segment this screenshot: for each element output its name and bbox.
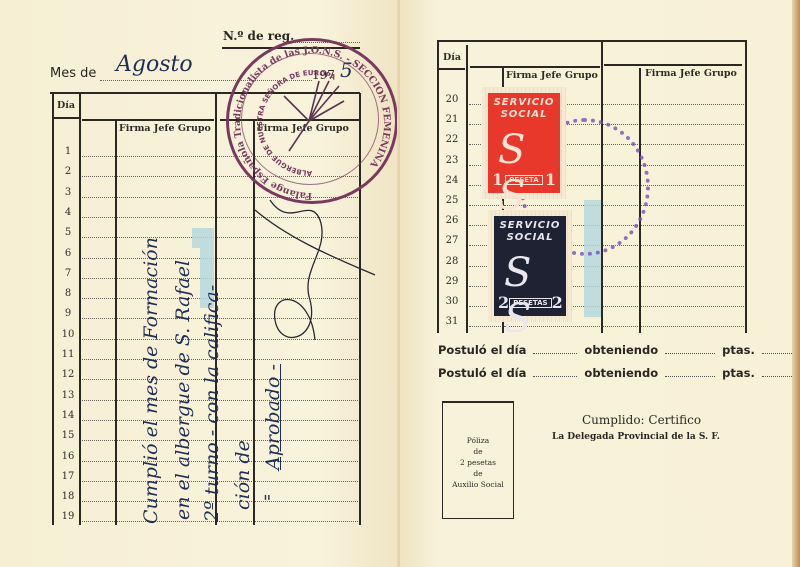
r-day-underline [438,68,465,70]
right-table-top [437,40,746,42]
handwritten-approved: Aprobado - [262,364,284,470]
day-number: 27 [437,235,467,246]
signature-line [117,481,214,482]
day-number: 2 [53,166,83,177]
month-label: Mes de [50,66,96,81]
signature-line [117,339,214,340]
postulo-2-label: Postuló el día [438,366,526,380]
poliza-line: Auxilio Social [443,479,513,490]
signature-line [82,440,115,441]
signature-line [82,237,115,238]
day-number: 8 [53,288,83,299]
signature-line [603,104,638,105]
signature-scribble [250,190,380,360]
signature-line [117,379,214,380]
day-number: 26 [437,215,467,226]
signature-line [641,124,744,125]
day-number: 1 [53,146,83,157]
signature-line [117,521,214,522]
stamp-1-value-right: 1 [545,170,556,189]
stamp-1-unit: PESETA [505,175,542,185]
stamp-2-value-right: 2 [552,293,563,312]
day-number: 28 [437,256,467,267]
signature-line [117,420,214,421]
postulo-2-ptas: ptas. [722,366,755,380]
signature-line [82,258,115,259]
day-number: 10 [53,329,83,340]
revenue-stamp-1-peseta: SERVICIO SOCIAL S S 1 PESETA 1 [482,87,566,199]
day-number: 12 [53,369,83,380]
certificate-subtitle: La Delegada Provincial de la S. F. [552,432,720,442]
signature-line [217,217,252,218]
signature-line [641,245,744,246]
signature-line [82,298,115,299]
r-group1-line [470,66,600,68]
postulo-1-label: Postuló el día [438,343,526,357]
signature-line [82,197,115,198]
day-header-underline [53,117,79,119]
day-number: 11 [53,349,83,360]
day-number: 18 [53,491,83,502]
signature-line [641,165,744,166]
certificate-title: Cumplido: Certifico [582,413,701,427]
signature-line [82,420,115,421]
poliza-line: de [443,446,513,457]
seal-text: Falange Española Tradicionalista de las … [229,41,395,201]
poliza-line: de [443,468,513,479]
signature-line [641,266,744,267]
day-number: 6 [53,248,83,259]
signature-line [217,278,252,279]
day-number: 13 [53,390,83,401]
blue-ink-mark-2 [192,228,200,248]
r-day-divider [466,45,468,333]
day-number: 7 [53,268,83,279]
poliza-top [443,401,513,403]
signature-line [469,326,501,327]
poliza-line: Póliza [443,435,513,446]
left-page: N.º de reg. Mes de Agosto 197 5 Día Firm… [0,0,400,567]
signature-line [82,521,115,522]
postulo-2-mid: obteniendo [584,366,658,380]
day-number: 4 [53,207,83,218]
signature-line [82,359,115,360]
poliza-bottom [443,518,513,520]
signature-line [117,318,214,319]
r-right-border [745,40,747,333]
stamp-2-value-left: 2 [498,293,509,312]
signature-line [82,176,115,177]
signature-line [641,185,744,186]
postulo-1-ptas: ptas. [722,343,755,357]
stamp-2-title-2: SOCIAL [494,232,566,244]
day-number: 24 [437,175,467,186]
poliza-text: Pólizade2 pesetasdeAuxilio Social [443,435,513,490]
signature-line [82,501,115,502]
day-number: 16 [53,451,83,462]
signature-line [82,278,115,279]
signature-line [603,326,638,327]
day-number: 30 [437,296,467,307]
day-number: 25 [437,195,467,206]
right-day-column-header: Día [443,52,461,63]
day-number: 14 [53,410,83,421]
signature-line [641,144,744,145]
revenue-stamp-2-pesetas: SERVICIO SOCIAL S S 2 PESETAS 2 [488,210,572,322]
signature-line [117,461,214,462]
signature-line [641,326,744,327]
signature-line [82,156,115,157]
signature-line [117,501,214,502]
r-group2-line [604,64,742,66]
postulo-row-2: Postuló el día obteniendo ptas. cts. [438,366,800,380]
month-handwritten: Agosto [116,52,193,77]
signature-line [217,237,252,238]
booklet-spread: N.º de reg. Mes de Agosto 197 5 Día Firm… [0,0,800,567]
day-number: 20 [437,94,467,105]
right-signature-header-2: Firma Jefe Grupo [645,68,737,79]
postulo-1-mid: obteniendo [584,343,658,357]
day-number: 22 [437,134,467,145]
signature-line [82,379,115,380]
day-number: 29 [437,276,467,287]
postulo-2-amount-field [665,376,715,377]
sig-col-divider-1 [115,120,117,525]
signature-line [82,217,115,218]
day-number: 19 [53,511,83,522]
day-number: 23 [437,155,467,166]
stamp-1-title-2: SOCIAL [488,109,560,121]
day-number: 31 [437,316,467,327]
signature-line [641,104,744,105]
postulo-row-1: Postuló el día obteniendo ptas. cts. [438,343,800,357]
group1-header-line [82,119,214,121]
day-number: 3 [53,187,83,198]
signature-line [82,400,115,401]
stamp-2-title-1: SERVICIO [494,220,566,232]
stamp-1-value-left: 1 [492,170,503,189]
right-signature-header-1: Firma Jefe Grupo [506,70,598,81]
signature-line [82,461,115,462]
signature-line [641,225,744,226]
signature-line [82,481,115,482]
postulo-1-amount-field [665,353,715,354]
day-number: 17 [53,471,83,482]
handwritten-line-3: 2º turno - con la califica- [201,285,223,522]
postulo-2-day-field [533,376,577,377]
signature-line [603,286,638,287]
handwritten-line-4: ción de [232,440,254,510]
signature-line [117,400,214,401]
stamp-1-title-1: SERVICIO [488,97,560,109]
seccion-femenina-seal: Falange Española Tradicionalista de las … [226,38,398,204]
signature-line [603,266,638,267]
signature-line [117,440,214,441]
page-edge [792,0,800,567]
handwritten-line-2: en el albergue de S. Rafael [172,260,194,520]
day-number: 5 [53,227,83,238]
signature-line [641,306,744,307]
handwritten-line-1: Cumplió el mes de Formación [140,237,162,524]
poliza-box: Pólizade2 pesetasdeAuxilio Social [442,401,514,519]
signature-line [255,481,358,482]
day-number: 9 [53,308,83,319]
signature-line [117,197,214,198]
poliza-line: 2 pesetas [443,457,513,468]
signature-line [469,205,501,206]
signature-line [117,217,214,218]
signature-line [217,258,252,259]
day-number: 21 [437,114,467,125]
postulo-1-day-field [533,353,577,354]
signature-line [82,339,115,340]
signature-line [641,286,744,287]
signature-line [82,318,115,319]
signature-line [255,521,358,522]
svg-text:ALBERGUE DE NUESTRA SEÑORA DE: ALBERGUE DE NUESTRA SEÑORA DE EUROPA [256,69,337,177]
day-column-header: Día [57,100,75,111]
ditto-mark: " [263,492,271,513]
signature-line [117,156,214,157]
day-number: 15 [53,430,83,441]
signature-line [117,176,214,177]
signature-line [117,359,214,360]
signature-line [641,205,744,206]
right-page: Día Firma Jefe Grupo Firma Jefe Grupo 20… [400,0,792,567]
r-left-border [437,40,439,333]
signature-line [603,306,638,307]
stamp-2-unit: PESETAS [509,298,551,308]
signature-column-header-1: Firma Jefe Grupo [119,123,211,134]
